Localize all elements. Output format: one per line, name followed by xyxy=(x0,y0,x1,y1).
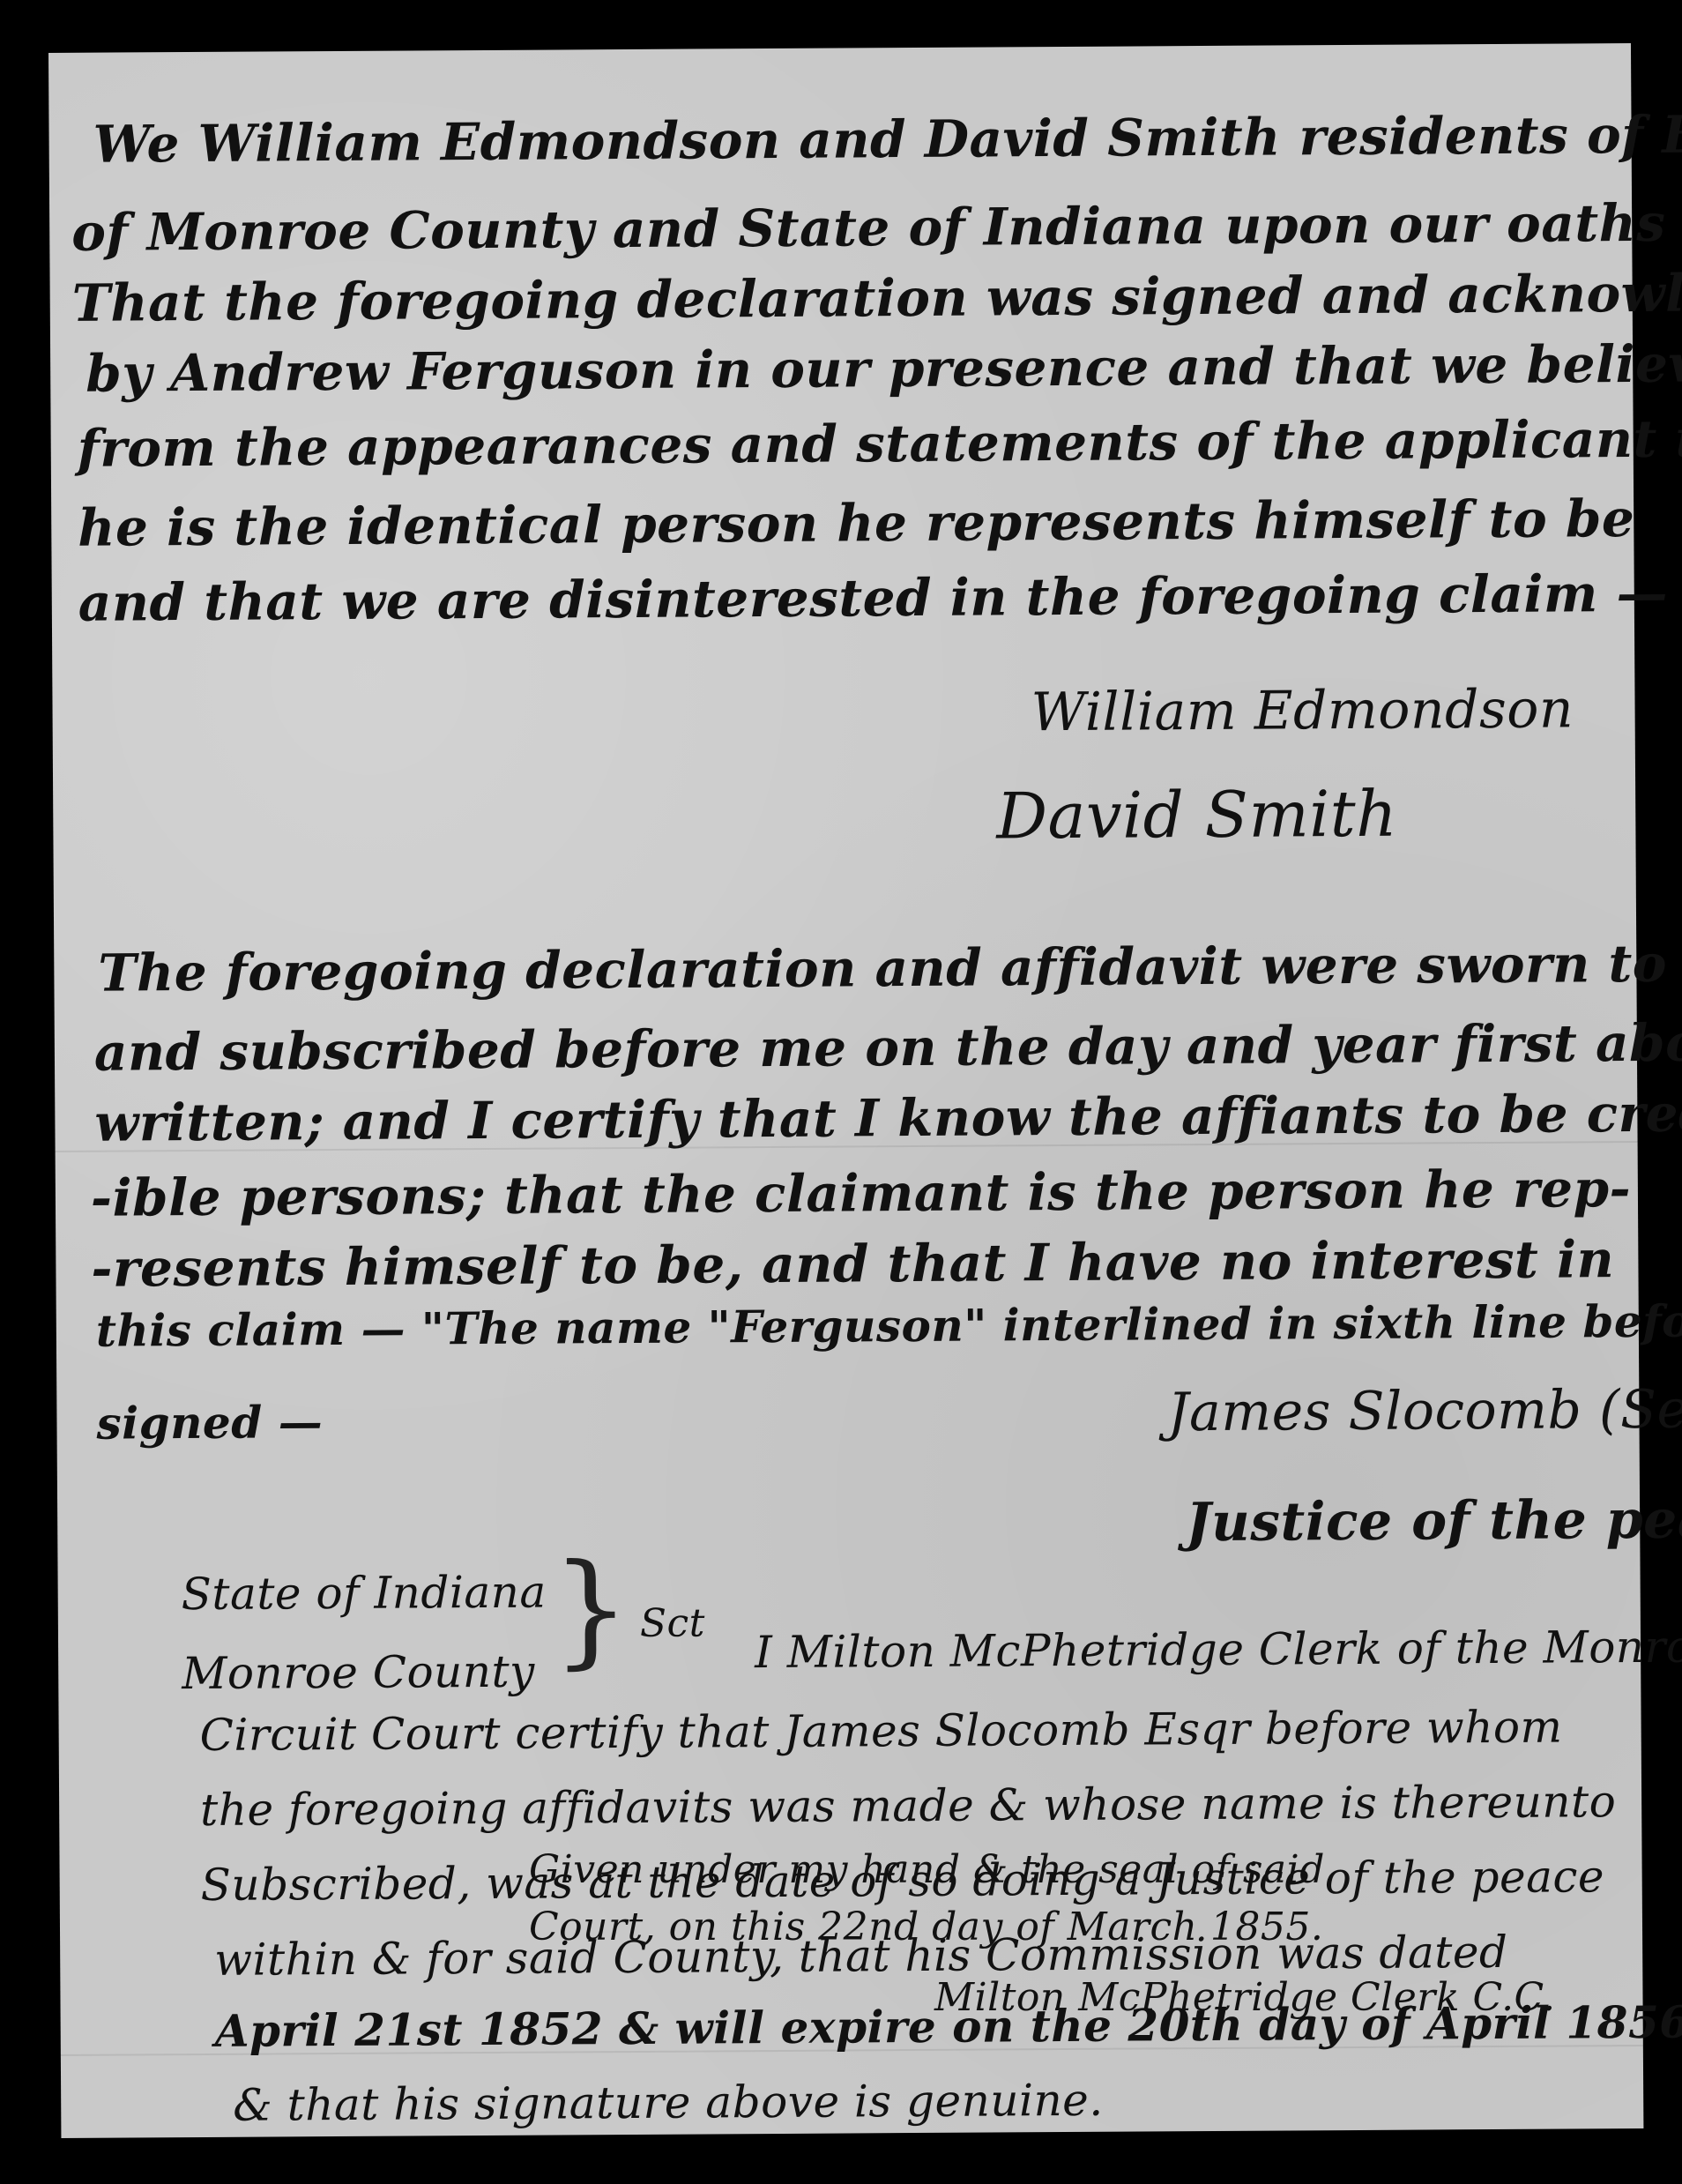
clerk-line-7: & that his signature above is genuine. xyxy=(233,2075,1104,2131)
affidavit-line-2: of Monroe County and State of Indiana up… xyxy=(71,191,1682,263)
clerk-line-2: Circuit Court certify that James Slocomb… xyxy=(199,1702,1562,1761)
justice-line-6: this claim — "The name "Ferguson" interl… xyxy=(96,1294,1682,1356)
affidavit-line-4: by Andrew Ferguson in our presence and t… xyxy=(86,333,1682,403)
clerk-line-1: I Milton McPhetridge Clerk of the Monroe xyxy=(755,1621,1682,1678)
clerk-line-3: the foregoing affidavits was made & whos… xyxy=(200,1776,1616,1836)
document-page: We William Edmondson and David Smith res… xyxy=(48,43,1643,2138)
affidavit-line-7: and that we are disinterested in the for… xyxy=(78,563,1669,633)
justice-line-7: signed — xyxy=(96,1396,323,1450)
venue-county: Monroe County xyxy=(182,1646,535,1699)
justice-line-5: -resents himself to be, and that I have … xyxy=(91,1229,1614,1299)
clerk-line-9: Court, on this 22nd day of March 1855. xyxy=(529,1904,1323,1949)
clerk-line-8: Given under my hand & the seal of said xyxy=(529,1847,1325,1892)
affidavit-line-3: That the foregoing declaration was signe… xyxy=(72,262,1682,332)
affidavit-line-6: he is the identical person he represents… xyxy=(78,488,1634,558)
signature-james-slocomb: James Slocomb (Seal) xyxy=(1167,1378,1682,1443)
venue-state: State of Indiana xyxy=(182,1567,547,1621)
justice-line-3: written; and I certify that I know the a… xyxy=(94,1083,1682,1152)
affidavit-line-1: We William Edmondson and David Smith res… xyxy=(93,102,1682,174)
justice-title: Justice of the peace xyxy=(1186,1488,1682,1554)
signature-william-edmondson: William Edmondson xyxy=(1031,678,1574,743)
justice-line-2: and subscribed before me on the day and … xyxy=(94,1012,1682,1083)
venue-brace-icon: } xyxy=(551,1548,630,1673)
affidavit-line-5: from the appearances and statements of t… xyxy=(78,408,1682,479)
justice-line-1: The foregoing declaration and affidavit … xyxy=(98,934,1667,1003)
venue-mark: Sct xyxy=(640,1600,705,1645)
signature-milton-mcphetridge: Milton McPhetridge Clerk C.C. xyxy=(934,1975,1556,2020)
signature-david-smith: David Smith xyxy=(996,777,1397,853)
justice-line-4: -ible persons; that the claimant is the … xyxy=(91,1159,1632,1228)
